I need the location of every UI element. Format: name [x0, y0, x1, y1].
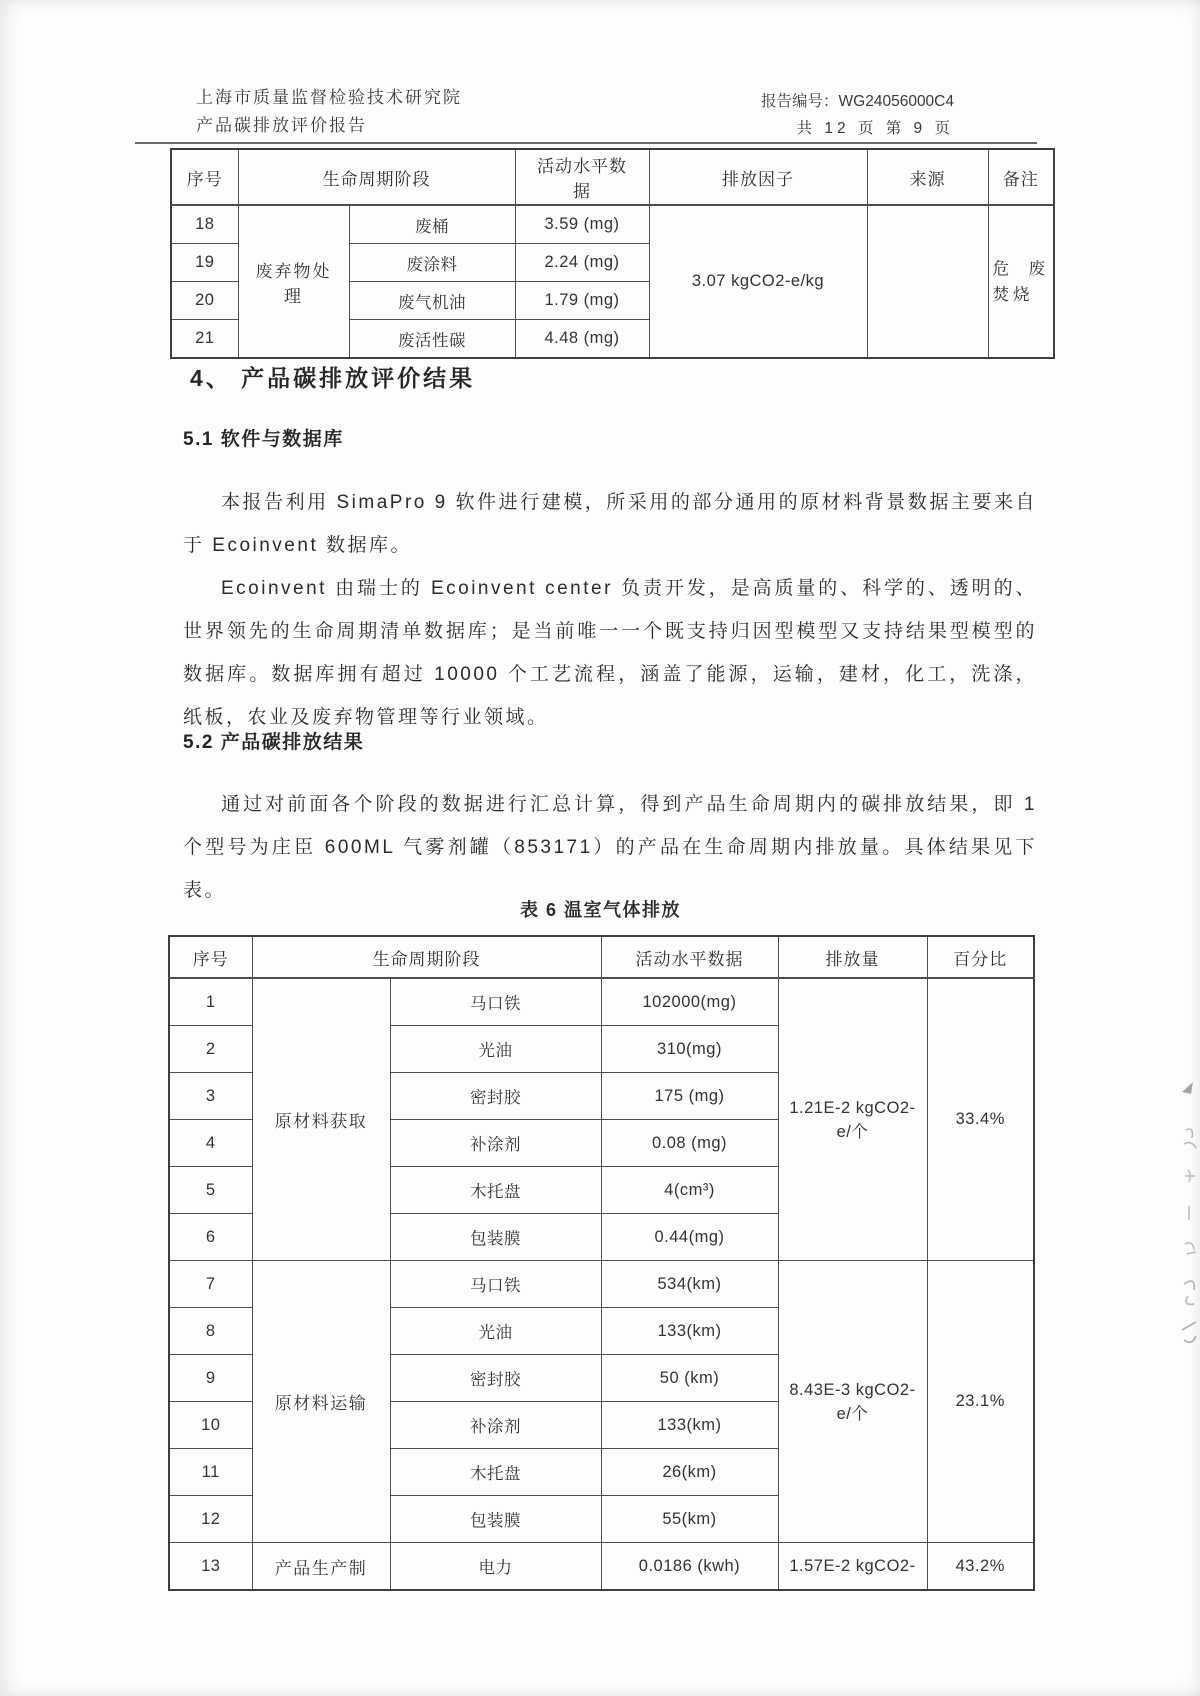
activity-cell: 133(km)	[601, 1308, 778, 1355]
report-number-line: 报告编号：WG24056000C4	[761, 88, 954, 115]
paragraph-software-db-2: Ecoinvent 由瑞士的 Ecoinvent center 负责开发，是高质…	[183, 567, 1037, 739]
doc-title: 产品碳排放评价报告	[196, 112, 462, 140]
item-cell: 木托盘	[390, 1167, 601, 1214]
activity-cell: 102000(mg)	[601, 978, 778, 1026]
stage-cell: 废弃物处理	[238, 205, 349, 358]
header-rule	[135, 142, 1037, 144]
org-name: 上海市质量监督检验技术研究院	[196, 84, 462, 112]
row-no: 20	[171, 282, 238, 320]
activity-cell: 0.0186 (kwh)	[601, 1543, 778, 1591]
report-number-value: WG24056000C4	[839, 93, 954, 110]
emission-cell: 1.57E-2 kgCO2-	[778, 1543, 927, 1591]
ghg-table-header-row: 序号 生命周期阶段 活动水平数据 排放量 百分比	[169, 936, 1034, 978]
row-no: 9	[169, 1355, 252, 1402]
row-no: 12	[169, 1496, 252, 1543]
row-no: 19	[171, 244, 238, 282]
activity-cell: 55(km)	[601, 1496, 778, 1543]
activity-cell: 3.59 (mg)	[515, 205, 649, 244]
section-4-heading: 4、 产品碳排放评价结果	[190, 360, 475, 393]
col-header-activity: 活动水平数据	[515, 149, 649, 205]
activity-cell: 0.08 (mg)	[601, 1120, 778, 1167]
row-no: 21	[171, 320, 238, 359]
item-cell: 补涂剂	[390, 1120, 601, 1167]
item-cell: 废桶	[349, 205, 515, 244]
doc-header-left: 上海市质量监督检验技术研究院 产品碳排放评价报告	[196, 84, 462, 140]
table-row: 1 原材料获取 马口铁 102000(mg) 1.21E-2 kgCO2-e/个…	[169, 978, 1034, 1026]
row-no: 6	[169, 1214, 252, 1261]
col-header-activity: 活动水平数据	[601, 936, 778, 978]
row-no: 1	[169, 978, 252, 1026]
percent-cell: 43.2%	[927, 1543, 1034, 1591]
pagination: 共 12 页 第 9 页	[761, 115, 954, 142]
percent-cell: 23.1%	[927, 1261, 1034, 1543]
item-cell: 包装膜	[390, 1496, 601, 1543]
stage-cell: 原材料获取	[252, 978, 390, 1261]
row-no: 11	[169, 1449, 252, 1496]
item-cell: 包装膜	[390, 1214, 601, 1261]
activity-cell: 50 (km)	[601, 1355, 778, 1402]
item-cell: 废涂料	[349, 244, 515, 282]
row-no: 7	[169, 1261, 252, 1308]
row-no: 13	[169, 1543, 252, 1591]
item-cell: 密封胶	[390, 1073, 601, 1120]
emission-cell: 8.43E-3 kgCO2-e/个	[778, 1261, 927, 1543]
activity-cell: 534(km)	[601, 1261, 778, 1308]
col-header-percent: 百分比	[927, 936, 1034, 978]
paragraph-carbon-result: 通过对前面各个阶段的数据进行汇总计算，得到产品生命周期内的碳排放结果，即 1 个…	[183, 783, 1037, 912]
handwritten-margin-marks	[1152, 1078, 1198, 1368]
item-cell: 光油	[390, 1026, 601, 1073]
col-header-emission: 排放量	[778, 936, 927, 978]
paragraph-software-db-1: 本报告利用 SimaPro 9 软件进行建模，所采用的部分通用的原材料背景数据主…	[183, 481, 1037, 567]
activity-cell: 4(cm³)	[601, 1167, 778, 1214]
row-no: 5	[169, 1167, 252, 1214]
document-page: 上海市质量监督检验技术研究院 产品碳排放评价报告 报告编号：WG24056000…	[0, 0, 1200, 1696]
table-row: 13 产品生产制 电力 0.0186 (kwh) 1.57E-2 kgCO2- …	[169, 1543, 1034, 1591]
col-header-stage: 生命周期阶段	[252, 936, 601, 978]
section-5-1-heading: 5.1 软件与数据库	[183, 424, 344, 451]
row-no: 8	[169, 1308, 252, 1355]
activity-cell: 4.48 (mg)	[515, 320, 649, 359]
table-row: 18 废弃物处理 废桶 3.59 (mg) 3.07 kgCO2-e/kg 危废…	[171, 205, 1054, 244]
row-no: 2	[169, 1026, 252, 1073]
table6-caption: 表 6 温室气体排放	[168, 896, 1033, 922]
section-5-2-heading: 5.2 产品碳排放结果	[183, 727, 364, 754]
activity-cell: 133(km)	[601, 1402, 778, 1449]
col-header-no: 序号	[169, 936, 252, 978]
waste-table-header-row: 序号 生命周期阶段 活动水平数据 排放因子 来源 备注	[171, 149, 1054, 205]
col-header-factor: 排放因子	[649, 149, 867, 205]
item-cell: 马口铁	[390, 1261, 601, 1308]
item-cell: 光油	[390, 1308, 601, 1355]
report-number-label: 报告编号：	[761, 93, 839, 110]
row-no: 3	[169, 1073, 252, 1120]
col-header-source: 来源	[867, 149, 988, 205]
activity-cell: 1.79 (mg)	[515, 282, 649, 320]
row-no: 18	[171, 205, 238, 244]
table-row: 7 原材料运输 马口铁 534(km) 8.43E-3 kgCO2-e/个 23…	[169, 1261, 1034, 1308]
col-header-remark: 备注	[988, 149, 1054, 205]
item-cell: 木托盘	[390, 1449, 601, 1496]
item-cell: 废气机油	[349, 282, 515, 320]
emission-factor-cell: 3.07 kgCO2-e/kg	[649, 205, 867, 358]
item-cell: 废活性碳	[349, 320, 515, 359]
item-cell: 补涂剂	[390, 1402, 601, 1449]
col-header-stage: 生命周期阶段	[238, 149, 515, 205]
activity-cell: 175 (mg)	[601, 1073, 778, 1120]
ghg-emission-table: 序号 生命周期阶段 活动水平数据 排放量 百分比 1 原材料获取 马口铁 102…	[168, 935, 1035, 1591]
item-cell: 电力	[390, 1543, 601, 1591]
row-no: 10	[169, 1402, 252, 1449]
activity-cell: 310(mg)	[601, 1026, 778, 1073]
activity-cell: 26(km)	[601, 1449, 778, 1496]
emission-cell: 1.21E-2 kgCO2-e/个	[778, 978, 927, 1261]
activity-cell: 2.24 (mg)	[515, 244, 649, 282]
item-cell: 密封胶	[390, 1355, 601, 1402]
row-no: 4	[169, 1120, 252, 1167]
stage-cell: 产品生产制	[252, 1543, 390, 1591]
activity-cell: 0.44(mg)	[601, 1214, 778, 1261]
item-cell: 马口铁	[390, 978, 601, 1026]
doc-header-right: 报告编号：WG24056000C4 共 12 页 第 9 页	[761, 88, 954, 142]
waste-disposal-table: 序号 生命周期阶段 活动水平数据 排放因子 来源 备注 18 废弃物处理 废桶 …	[170, 148, 1055, 359]
stage-cell: 原材料运输	[252, 1261, 390, 1543]
col-header-no: 序号	[171, 149, 238, 205]
source-cell	[867, 205, 988, 358]
remark-cell: 危废焚烧	[988, 205, 1054, 358]
percent-cell: 33.4%	[927, 978, 1034, 1261]
